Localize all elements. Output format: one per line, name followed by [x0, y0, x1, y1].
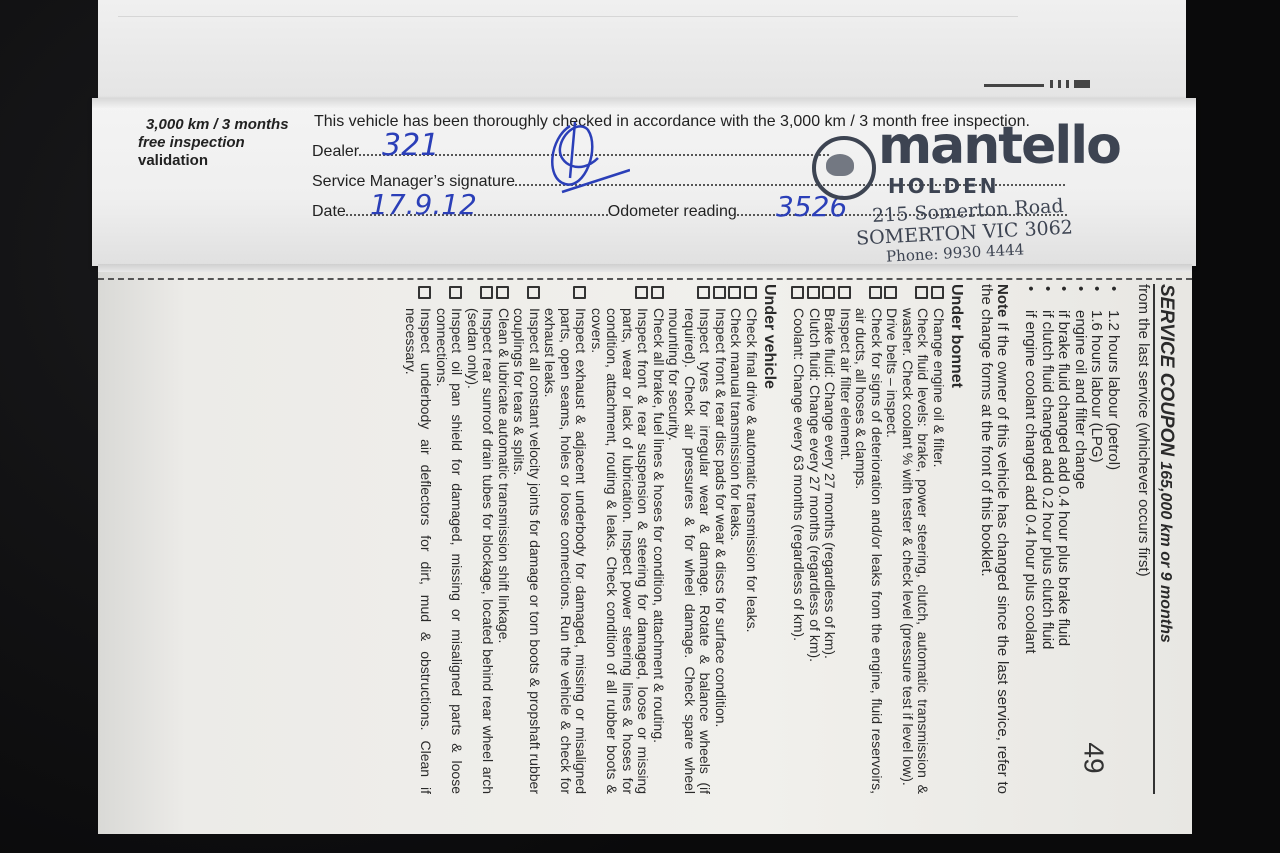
labour-list: 1.2 hours labour (petrol) 1.6 hours labo… — [1022, 284, 1121, 794]
checklist-item-text: Inspect oil pan shield for damaged, miss… — [434, 308, 466, 794]
checklist-item-text: Inspect air filter element. — [838, 308, 854, 461]
checklist-item-text: Check final drive & automatic transmissi… — [744, 308, 760, 632]
checklist-item: Inspect oil pan shield for damaged, miss… — [434, 284, 465, 794]
page-number: 49 — [1078, 742, 1110, 773]
section-heading-under-bonnet: Under bonnet — [948, 284, 964, 794]
checklist-item-text: Clean & lubricate automatic transmission… — [496, 308, 512, 643]
labour-item: engine oil and filter change — [1072, 284, 1089, 794]
validation-strip: 3,000 km / 3 months free inspection vali… — [92, 98, 1196, 266]
checklist-item: Check for signs of deterioration and/or … — [853, 284, 884, 794]
checklist-item: Brake fluid: Change every 27 months (reg… — [822, 284, 838, 794]
checkbox[interactable] — [729, 286, 742, 299]
odometer-label: Odometer reading — [608, 203, 737, 220]
checkbox[interactable] — [931, 286, 944, 299]
checklist-item-text: Check manual transmission for leaks. — [729, 308, 745, 541]
checkbox[interactable] — [636, 286, 649, 299]
rotated-coupon-content: SERVICE COUPON 165,000 km or 9 months fr… — [98, 272, 1192, 812]
date-label: Date — [312, 203, 346, 220]
checklist-item: Check all brake, fuel lines & hoses for … — [651, 284, 667, 794]
printed-mark — [984, 80, 1094, 88]
checkbox[interactable] — [823, 286, 836, 299]
labour-item: 1.6 hours labour (LPG) — [1088, 284, 1105, 794]
checklist-item: Inspect front & rear suspension & steeri… — [589, 284, 651, 794]
dealer-value: 321 — [382, 128, 439, 163]
note-text: If the owner of this vehicle has changed… — [978, 284, 1011, 794]
holden-lion-logo-icon — [812, 136, 876, 200]
checkbox[interactable] — [527, 286, 540, 299]
checklist-item-text: Change engine oil & filter. — [931, 308, 947, 468]
checklist-item-text: Inspect front & rear disc pads for wear … — [713, 308, 729, 727]
note-label: Note — [994, 284, 1011, 317]
checklist-item: Clean & lubricate automatic transmission… — [496, 284, 512, 794]
checklist-item: Drive belts – inspect. — [884, 284, 900, 794]
checklist-item-text: Inspect all constant velocity joints for… — [512, 308, 544, 794]
checkbox[interactable] — [419, 286, 432, 299]
checkbox[interactable] — [807, 286, 820, 299]
checklist-item-text: Check fluid levels: brake, power steerin… — [900, 308, 932, 794]
stamp-make: HOLDEN — [888, 174, 1000, 198]
checkbox[interactable] — [838, 286, 851, 299]
checklist-item: Inspect front & rear disc pads for wear … — [713, 284, 729, 794]
labour-item: 1.2 hours labour (petrol) — [1105, 284, 1122, 794]
checkbox[interactable] — [713, 286, 726, 299]
checkbox[interactable] — [698, 286, 711, 299]
signature-scribble — [540, 118, 630, 194]
checkbox[interactable] — [869, 286, 882, 299]
checklist-item: Clutch fluid: Change every 27 months (re… — [807, 284, 823, 794]
checkbox[interactable] — [481, 286, 494, 299]
checklist-item-text: Check all brake, fuel lines & hoses for … — [651, 308, 667, 743]
dealer-label: Dealer — [312, 143, 359, 160]
coupon-heading: SERVICE COUPON 165,000 km or 9 months — [1153, 284, 1174, 794]
checklist-item: Inspect underbody air deflectors for dir… — [403, 284, 434, 794]
checklist-item-text: Inspect underbody air deflectors for dir… — [403, 308, 435, 794]
checklist-item: Coolant: Change every 63 months (regardl… — [791, 284, 807, 794]
owner-note: Note If the owner of this vehicle has ch… — [978, 284, 1010, 794]
validation-label: 3,000 km / 3 months free inspection vali… — [138, 116, 289, 170]
perforation-ticks — [118, 0, 1018, 17]
validation-label-line1: 3,000 km / 3 months — [146, 116, 289, 134]
checklist-item-text: Drive belts – inspect. — [885, 308, 901, 438]
coupon-interval: 165,000 km or 9 months — [1157, 461, 1174, 642]
validation-label-line2: free inspection — [138, 134, 289, 152]
checkbox[interactable] — [574, 286, 587, 299]
checkbox[interactable] — [792, 286, 805, 299]
validation-label-line3: validation — [138, 152, 289, 170]
checklist-item: Check fluid levels: brake, power steerin… — [900, 284, 931, 794]
checkbox[interactable] — [496, 286, 509, 299]
labour-item: if engine coolant changed add 0.4 hour p… — [1022, 284, 1039, 794]
checklist-item: Change engine oil & filter. — [931, 284, 947, 794]
checklist-item-text: Inspect front & rear suspension & steeri… — [589, 308, 652, 794]
labour-item: if clutch fluid changed add 0.2 hour plu… — [1039, 284, 1056, 794]
checklist-item: Inspect tyres for irregular wear & damag… — [666, 284, 713, 794]
stamp-brand: mantello — [878, 116, 1120, 176]
checklist-item: Check final drive & automatic transmissi… — [744, 284, 760, 794]
checklist-item-text: Inspect exhaust & adjacent underbody for… — [543, 308, 590, 794]
coupon-subtitle: from the last service (whichever occurs … — [1135, 284, 1151, 794]
dealer-stamp: mantello HOLDEN 215 Somerton Road SOMERT… — [812, 106, 1102, 266]
checklist-item: Inspect air filter element. — [838, 284, 854, 794]
checklist-item-text: Brake fluid: Change every 27 months (reg… — [823, 308, 839, 659]
checkbox[interactable] — [651, 286, 664, 299]
labour-item: if brake fluid changed add 0.4 hour plus… — [1055, 284, 1072, 794]
coupon-title: SERVICE COUPON — [1156, 284, 1177, 456]
date-value: 17.9.12 — [370, 188, 477, 221]
checkbox[interactable] — [450, 286, 463, 299]
checklist-item: Inspect all constant velocity joints for… — [511, 284, 542, 794]
checklist-item-text: Coolant: Change every 63 months (regardl… — [792, 308, 808, 641]
checkbox[interactable] — [916, 286, 929, 299]
checklist-item: Inspect exhaust & adjacent underbody for… — [542, 284, 589, 794]
checklist-item-text: Check for signs of deterioration and/or … — [854, 308, 886, 794]
back-page — [98, 0, 1186, 100]
checkbox[interactable] — [885, 286, 898, 299]
checklist-item-text: Inspect rear sunroof drain tubes for blo… — [465, 308, 497, 794]
checklist-item: Check manual transmission for leaks. — [728, 284, 744, 794]
checklist-item-text: Inspect tyres for irregular wear & damag… — [667, 308, 714, 794]
checkbox[interactable] — [744, 286, 757, 299]
checklist-item-text: Clutch fluid: Change every 27 months (re… — [807, 308, 823, 662]
service-coupon-page: SERVICE COUPON 165,000 km or 9 months fr… — [98, 272, 1192, 834]
section-heading-under-vehicle: Under vehicle — [761, 284, 777, 794]
checklist-item: Inspect rear sunroof drain tubes for blo… — [465, 284, 496, 794]
